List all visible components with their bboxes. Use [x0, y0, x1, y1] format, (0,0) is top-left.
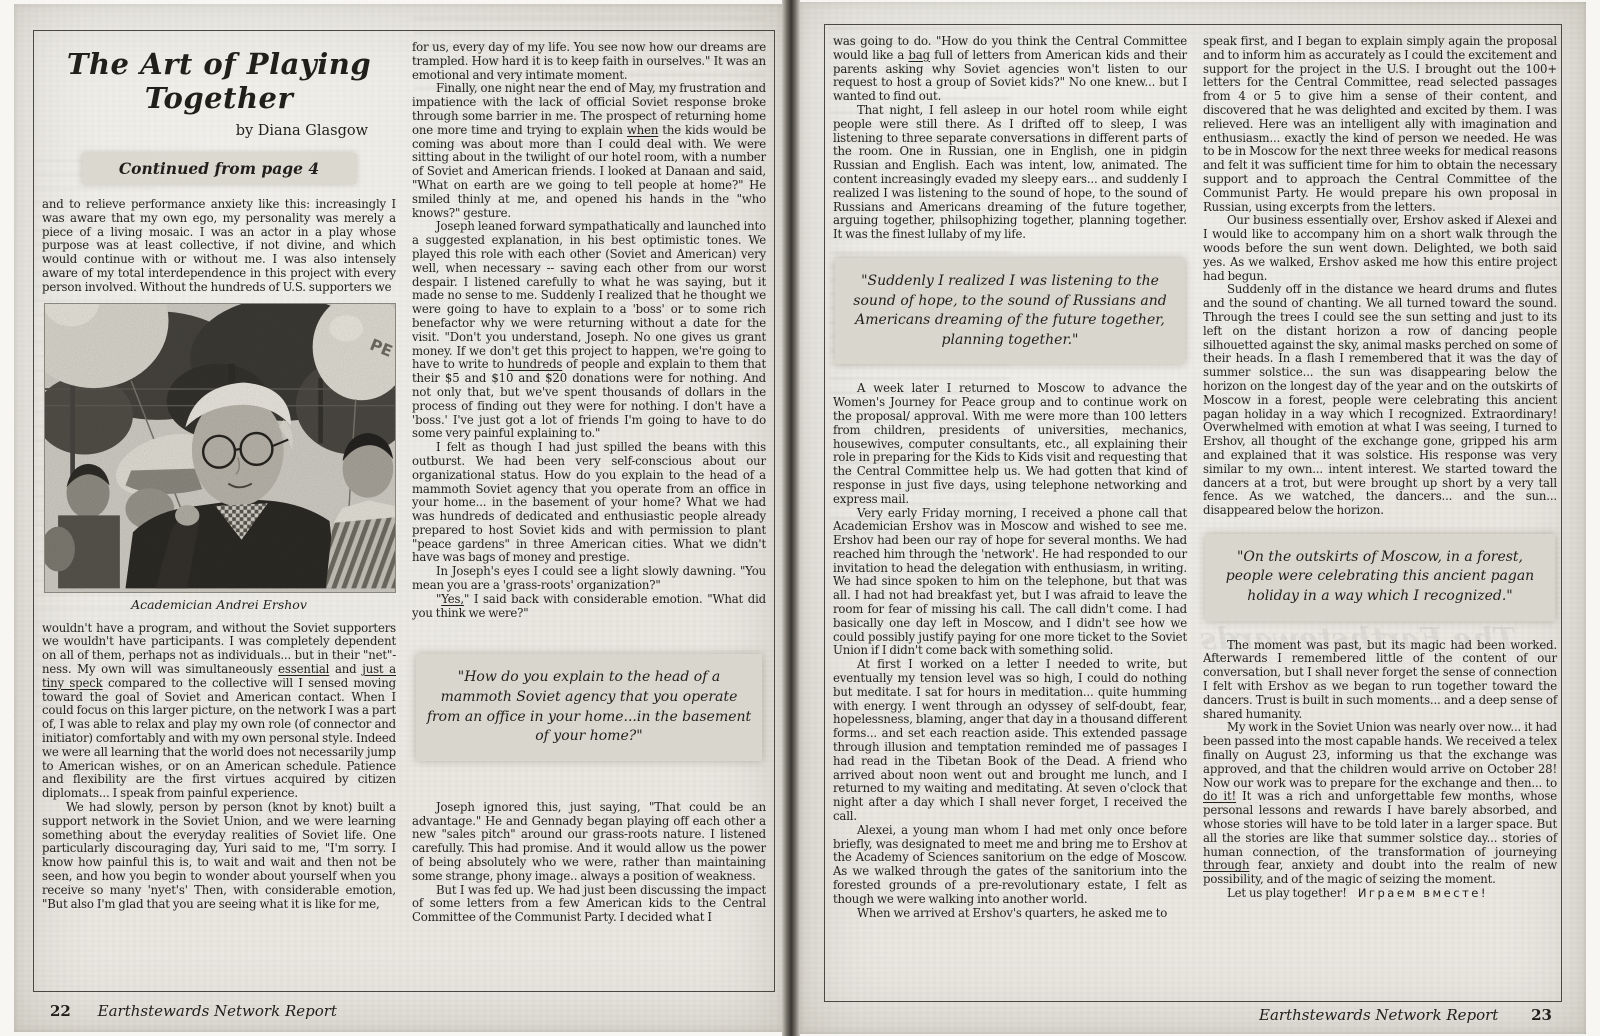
- paragraph: Our business essentially over, Ershov as…: [1203, 214, 1557, 283]
- paragraph: In Joseph's eyes I could see a light slo…: [412, 565, 766, 593]
- paragraph: was going to do. "How do you think the C…: [833, 35, 1187, 104]
- closing-english: Let us play together!: [1227, 886, 1347, 900]
- byline: by Diana Glasgow: [44, 123, 368, 139]
- left-page-footer: 22 Earthstewards Network Report: [50, 1002, 337, 1020]
- pull-quote: "Suddenly I realized I was listening to …: [835, 258, 1185, 364]
- text-block: wouldn't have a program, and without the…: [42, 622, 396, 912]
- text-block: speak first, and I began to explain simp…: [1203, 35, 1557, 518]
- continued-note: Continued from page 4: [82, 153, 356, 184]
- text-block: The moment was past, but its magic had b…: [1203, 639, 1557, 887]
- text-block: A week later I returned to Moscow to adv…: [833, 382, 1187, 920]
- left-page-column-1: The Art of Playing Together by Diana Gla…: [42, 41, 396, 985]
- page-left: The Art of Playing Together by Diana Gla…: [14, 4, 784, 1032]
- paragraph: A week later I returned to Moscow to adv…: [833, 382, 1187, 506]
- photo-grain: [45, 307, 395, 588]
- closing-line: Let us play together! Играем вместе!: [1203, 887, 1557, 901]
- article-frame: The Art of Playing Together by Diana Gla…: [33, 30, 775, 992]
- photo-wrap: PE: [44, 303, 394, 593]
- paragraph: When we arrived at Ershov's quarters, he…: [833, 907, 1187, 921]
- page-number: 23: [1531, 1006, 1552, 1024]
- scanned-magazine-spread: { "colors": { "paper": "#e9e7e0", "ink":…: [0, 0, 1600, 1036]
- page-spine: [782, 0, 800, 1036]
- page-number: 22: [50, 1002, 71, 1020]
- publication-title: Earthstewards Network Report: [1259, 1006, 1498, 1024]
- paragraph: for us, every day of my life. You see no…: [412, 41, 766, 82]
- paragraph: The moment was past, but its magic had b…: [1203, 639, 1557, 722]
- paragraph: Suddenly off in the distance we heard dr…: [1203, 283, 1557, 518]
- left-page-column-2: for us, every day of my life. You see no…: [412, 41, 766, 985]
- paragraph: wouldn't have a program, and without the…: [42, 622, 396, 801]
- paragraph: That night, I fell asleep in our hotel r…: [833, 104, 1187, 242]
- photo-caption: Academician Andrei Ershov: [42, 597, 396, 612]
- closing-russian: Играем вместе!: [1358, 886, 1488, 900]
- right-page-footer: Earthstewards Network Report 23: [1259, 1006, 1552, 1024]
- text-block: Joseph ignored this, just saying, "That …: [412, 801, 766, 925]
- paragraph: speak first, and I began to explain simp…: [1203, 35, 1557, 214]
- paragraph: Joseph ignored this, just saying, "That …: [412, 801, 766, 884]
- paragraph: Finally, one night near the end of May, …: [412, 82, 766, 220]
- pull-quote: "How do you explain to the head of a mam…: [416, 654, 762, 760]
- paragraph: and to relieve performance anxiety like …: [42, 198, 396, 295]
- page-right: The Earthstewards was going to do. "How …: [800, 2, 1586, 1034]
- publication-title: Earthstewards Network Report: [98, 1002, 337, 1020]
- paragraph: Very early Friday morning, I received a …: [833, 507, 1187, 659]
- right-page-column-2: speak first, and I began to explain simp…: [1203, 35, 1557, 995]
- text-block: and to relieve performance anxiety like …: [42, 198, 396, 295]
- paragraph: At first I worked on a letter I needed t…: [833, 658, 1187, 824]
- text-block: for us, every day of my life. You see no…: [412, 41, 766, 620]
- paragraph: Joseph leaned forward sympathatically an…: [412, 220, 766, 441]
- photo-ershov-with-balloons: PE: [44, 303, 396, 593]
- paragraph: My work in the Soviet Union was nearly o…: [1203, 721, 1557, 887]
- article-frame: was going to do. "How do you think the C…: [824, 24, 1562, 1002]
- paragraph: Alexei, a young man whom I had met only …: [833, 824, 1187, 907]
- pull-quote: "On the outskirts of Moscow, in a forest…: [1205, 534, 1555, 621]
- paragraph: "Yes," I said back with considerable emo…: [412, 593, 766, 621]
- article-title: The Art of Playing Together: [44, 47, 394, 115]
- title-block: The Art of Playing Together by Diana Gla…: [42, 41, 396, 198]
- paragraph: We had slowly, person by person (knot by…: [42, 801, 396, 911]
- paragraph: I felt as though I had just spilled the …: [412, 441, 766, 565]
- right-page-column-1: was going to do. "How do you think the C…: [833, 35, 1187, 995]
- text-block: was going to do. "How do you think the C…: [833, 35, 1187, 242]
- paragraph: But I was fed up. We had just been discu…: [412, 884, 766, 925]
